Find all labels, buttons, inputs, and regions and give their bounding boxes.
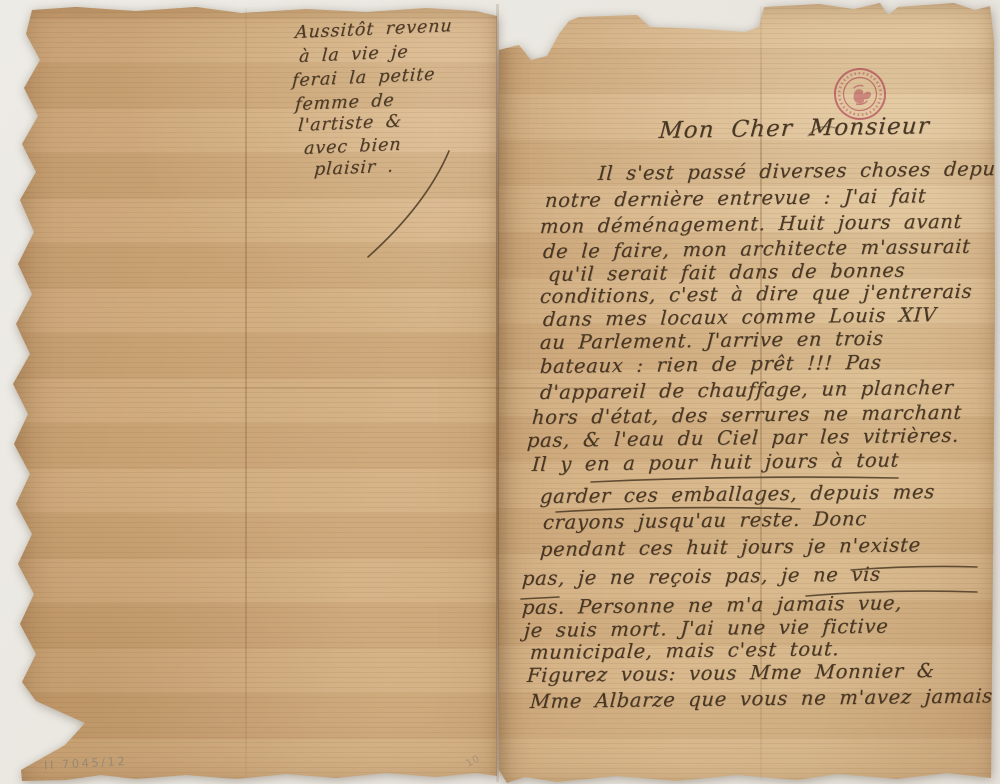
paper-surface-right: Mon Cher Monsieur Il s'est passé diverse…	[497, 0, 996, 784]
paper-surface-left: Aussitôt revenu à la vie je ferai la pet…	[6, 4, 497, 783]
letter-line: Figurez vous: vous Mme Monnier &	[526, 659, 935, 687]
letter-page-right: Mon Cher Monsieur Il s'est passé diverse…	[497, 0, 996, 784]
note-line: Aussitôt revenu	[294, 16, 453, 43]
note-line: avec bien	[303, 135, 402, 159]
note-line: plaisir .	[313, 156, 394, 180]
salutation: Mon Cher Monsieur	[658, 113, 931, 144]
letter-line: crayons jusqu'au reste. Donc	[542, 507, 867, 534]
letter-line: mon déménagement. Huit jours avant	[539, 210, 963, 238]
letter-line: garder ces emballages, depuis mes	[539, 480, 935, 508]
letter-line: d'appareil de chauffage, un plancher	[539, 376, 954, 404]
letter-sheet: Aussitôt revenu à la vie je ferai la pet…	[0, 0, 1000, 784]
letter-line: Il s'est passé diverses choses depuis	[597, 157, 1000, 185]
letter-line: notre dernière entrevue : J'ai fait	[544, 184, 927, 212]
letter-line: pendant ces huit jours je n'existe	[539, 533, 921, 561]
note-line: ferai la petite	[291, 65, 436, 91]
letter-line: de le faire, mon architecte m'assurait	[542, 235, 971, 263]
note-line: à la vie je	[298, 42, 409, 67]
letter-line: Il y en a pour huit jours à tout	[531, 449, 900, 477]
letter-line: au Parlement. J'arrive en trois	[539, 327, 884, 354]
letter-line: Mme Albarze que vous ne m'avez jamais	[529, 684, 993, 713]
letter-line: pas, je ne reçois pas, je ne vis	[521, 563, 881, 590]
note-line: l'artiste &	[297, 111, 402, 136]
letter-page-left: Aussitôt revenu à la vie je ferai la pet…	[6, 4, 497, 783]
note-line: femme de	[294, 91, 395, 115]
letter-line: bateaux : rien de prêt !!! Pas	[539, 351, 882, 378]
